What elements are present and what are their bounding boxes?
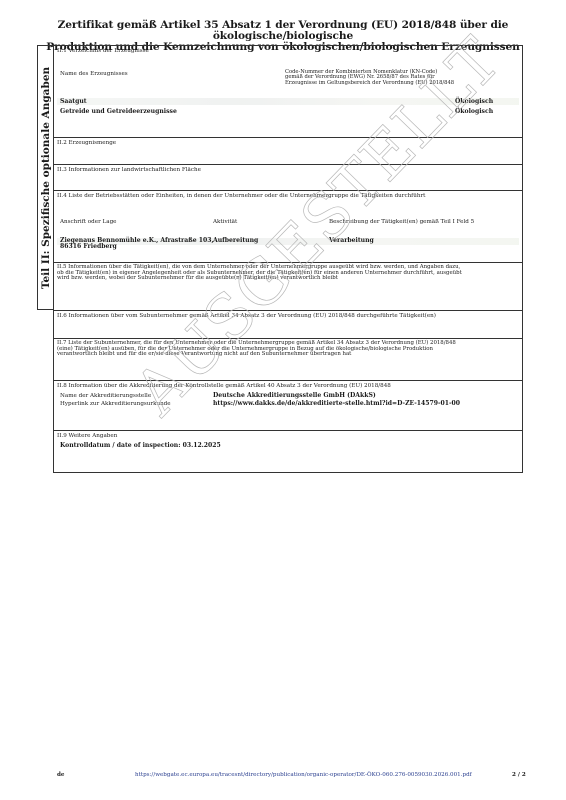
- accreditation-body-label: Name der Akkreditierungsstelle: [60, 393, 151, 399]
- address-header: Anschrift oder Lage: [60, 219, 116, 225]
- side-label-column: Teil II: Spezifische optionale Angaben: [37, 45, 53, 310]
- section-label: II.9 Weitere Angaben: [57, 433, 117, 439]
- section-ii-2: II.2 Erzeugnismenge: [53, 137, 523, 164]
- section-label: II.5 Informationen über die Tätigkeit(en…: [57, 265, 462, 282]
- cn-code-header-line: Erzeugnisse im Geltungsbereich der Veror…: [285, 81, 454, 86]
- section-label: II.4 Liste der Betriebsstätten oder Einh…: [57, 193, 425, 199]
- section-ii-1: II.1 Verzeichnis der Erzeugnisse Name de…: [53, 45, 523, 137]
- footer-page-number: 2 / 2: [512, 772, 526, 778]
- side-label: Teil II: Spezifische optionale Angaben: [40, 66, 52, 288]
- section-ii-7: II.7 Liste der Subunternehmer, die für d…: [53, 338, 523, 380]
- cn-code-header: Code-Nummer der Kombinierten Nomenklatur…: [285, 70, 454, 86]
- inspection-date: Kontrolldatum / date of inspection: 03.1…: [60, 443, 221, 449]
- accreditation-link-label: Hyperlink zur Akkreditierungsurkunde: [60, 401, 171, 407]
- description-header: Beschreibung der Tätigkeit(en) gemäß Tei…: [329, 219, 474, 225]
- activity-header: Aktivität: [213, 219, 237, 225]
- section-ii-6: II.6 Informationen über vom Subunternehm…: [53, 310, 523, 338]
- section-label: II.1 Verzeichnis der Erzeugnisse: [57, 48, 149, 54]
- section-ii-8: II.8 Information über die Akkreditierung…: [53, 380, 523, 430]
- product-row-status: Ökologisch: [455, 99, 493, 105]
- footer-language: de: [57, 772, 64, 778]
- site-address-line: 86316 Friedberg: [60, 244, 214, 250]
- section-label: II.6 Informationen über vom Subunternehm…: [57, 313, 436, 319]
- product-row-name: Getreide und Getreideerzeugnisse: [60, 109, 177, 115]
- product-row-name: Saatgut: [60, 99, 87, 105]
- product-name-header: Name des Erzeugnisses: [60, 71, 128, 77]
- product-row-status: Ökologisch: [455, 109, 493, 115]
- section-label: II.2 Erzeugnismenge: [57, 140, 116, 146]
- site-activity: Aufbereitung: [213, 238, 258, 244]
- section-ii-9: II.9 Weitere Angaben Kontrolldatum / dat…: [53, 430, 523, 473]
- section-ii-4: II.4 Liste der Betriebsstätten oder Einh…: [53, 190, 523, 262]
- section-ii-3: II.3 Informationen zur landwirtschaftlic…: [53, 164, 523, 190]
- accreditation-link[interactable]: https://www.dakks.de/de/akkreditierte-st…: [213, 401, 460, 407]
- redacted-band: [57, 98, 519, 105]
- section-label-line: wird bzw. werden, wobei der Subunternehm…: [57, 276, 462, 282]
- accreditation-body-value: Deutsche Akkreditierungsstelle GmbH (DAk…: [213, 393, 376, 399]
- section-label: II.7 Liste der Subunternehmer, die für d…: [57, 341, 456, 358]
- section-ii-5: II.5 Informationen über die Tätigkeit(en…: [53, 262, 523, 310]
- site-description: Verarbeitung: [329, 238, 374, 244]
- section-label-line: verantwortlich bleibt und für die er/sie…: [57, 352, 456, 358]
- site-address: Ziegenaus Bennomühle e.K., Afrastraße 10…: [60, 238, 214, 250]
- section-label: II.8 Information über die Akkreditierung…: [57, 383, 391, 389]
- section-label: II.3 Informationen zur landwirtschaftlic…: [57, 167, 201, 173]
- footer-url-link[interactable]: https://webgate.ec.europa.eu/tracesnt/di…: [135, 772, 472, 778]
- title-line-1: Zertifikat gemäß Artikel 35 Absatz 1 der…: [0, 20, 566, 42]
